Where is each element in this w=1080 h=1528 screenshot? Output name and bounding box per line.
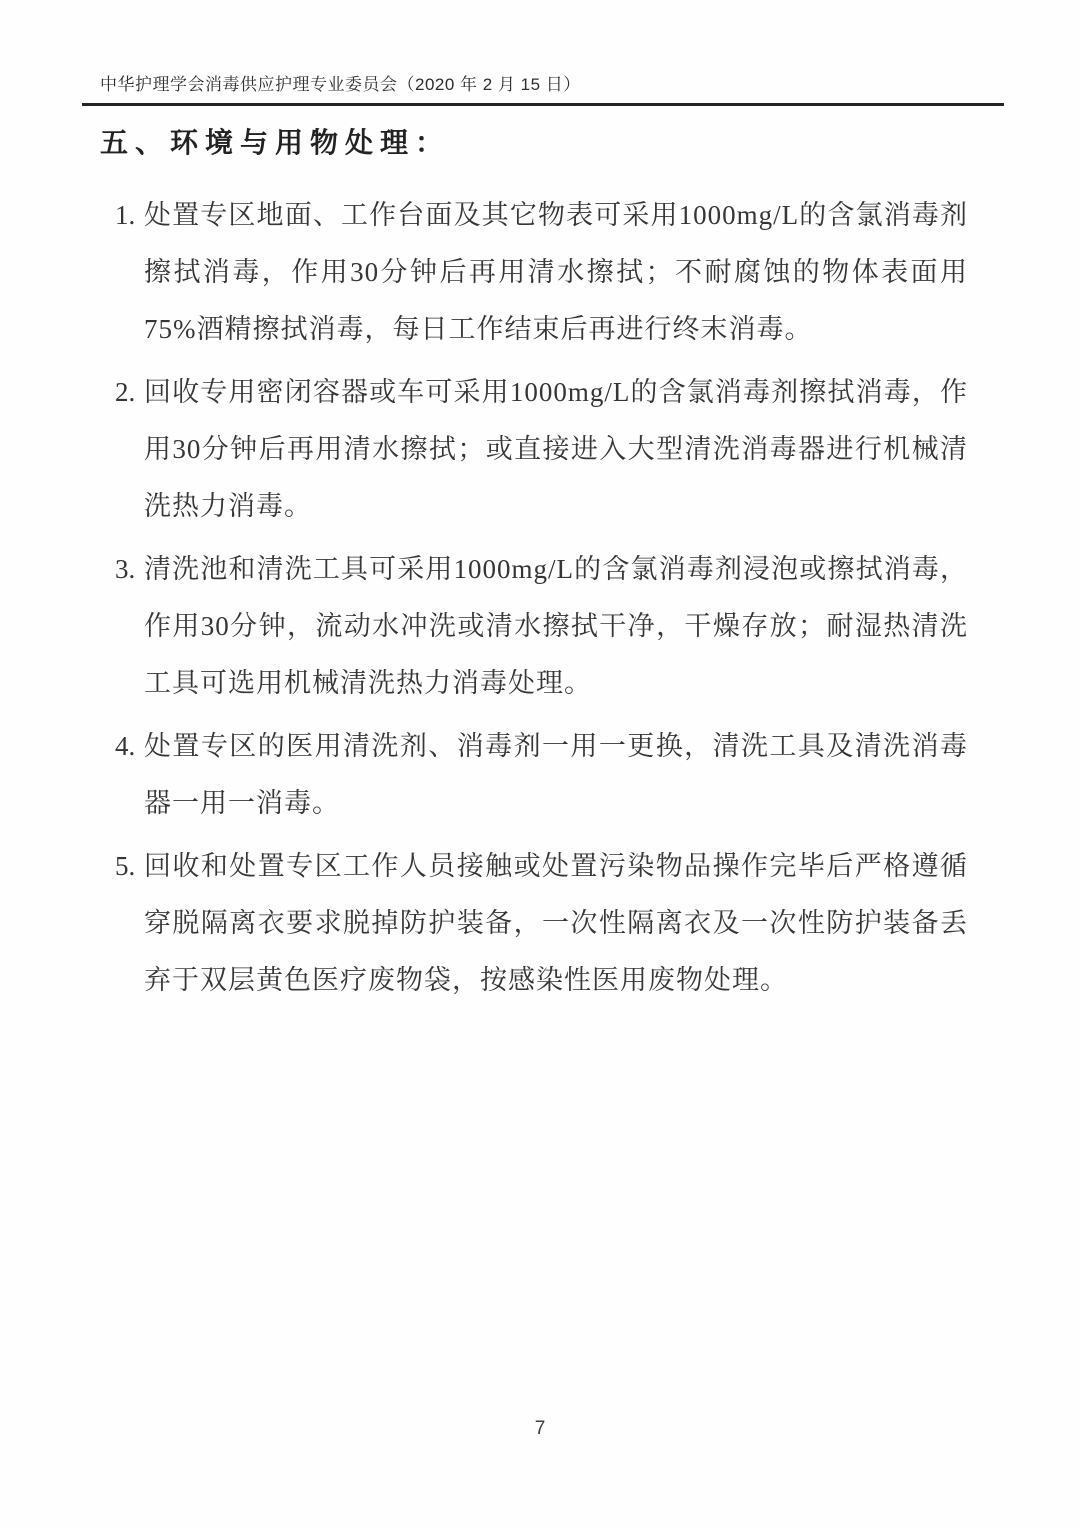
list-item: 2. 回收专用密闭容器或车可采用1000mg/L的含氯消毒剂擦拭消毒，作用30分…	[100, 364, 968, 535]
list-item: 3. 清洗池和清洗工具可采用1000mg/L的含氯消毒剂浸泡或擦拭消毒，作用30…	[100, 541, 968, 712]
item-number: 5.	[115, 838, 135, 895]
item-text: 处置专区的医用清洗剂、消毒剂一用一更换，清洗工具及清洗消毒器一用一消毒。	[144, 731, 968, 818]
item-number: 1.	[115, 187, 135, 244]
item-number: 4.	[115, 718, 135, 775]
list-item: 5. 回收和处置专区工作人员接触或处置污染物品操作完毕后严格遵循穿脱隔离衣要求脱…	[100, 838, 968, 1009]
numbered-list: 1. 处置专区地面、工作台面及其它物表可采用1000mg/L的含氯消毒剂擦拭消毒…	[100, 187, 968, 1009]
item-text: 回收和处置专区工作人员接触或处置污染物品操作完毕后严格遵循穿脱隔离衣要求脱掉防护…	[144, 851, 968, 995]
page-number: 7	[535, 1418, 546, 1439]
list-item: 4. 处置专区的医用清洗剂、消毒剂一用一更换，清洗工具及清洗消毒器一用一消毒。	[100, 718, 968, 832]
item-text: 回收专用密闭容器或车可采用1000mg/L的含氯消毒剂擦拭消毒，作用30分钟后再…	[144, 377, 968, 521]
document-header: 中华护理学会消毒供应护理专业委员会（2020 年 2 月 15 日）	[82, 70, 1004, 106]
page-footer: 7	[0, 1418, 1080, 1440]
item-text: 处置专区地面、工作台面及其它物表可采用1000mg/L的含氯消毒剂擦拭消毒，作用…	[144, 200, 968, 344]
item-number: 2.	[115, 364, 135, 421]
item-text: 清洗池和清洗工具可采用1000mg/L的含氯消毒剂浸泡或擦拭消毒，作用30分钟，…	[144, 554, 968, 698]
list-item: 1. 处置专区地面、工作台面及其它物表可采用1000mg/L的含氯消毒剂擦拭消毒…	[100, 187, 968, 358]
item-number: 3.	[115, 541, 135, 598]
document-page: 中华护理学会消毒供应护理专业委员会（2020 年 2 月 15 日） 五、环境与…	[0, 0, 1080, 1528]
section-heading: 五、环境与用物处理：	[100, 121, 980, 161]
header-committee-date: 中华护理学会消毒供应护理专业委员会（2020 年 2 月 15 日）	[82, 70, 1004, 95]
